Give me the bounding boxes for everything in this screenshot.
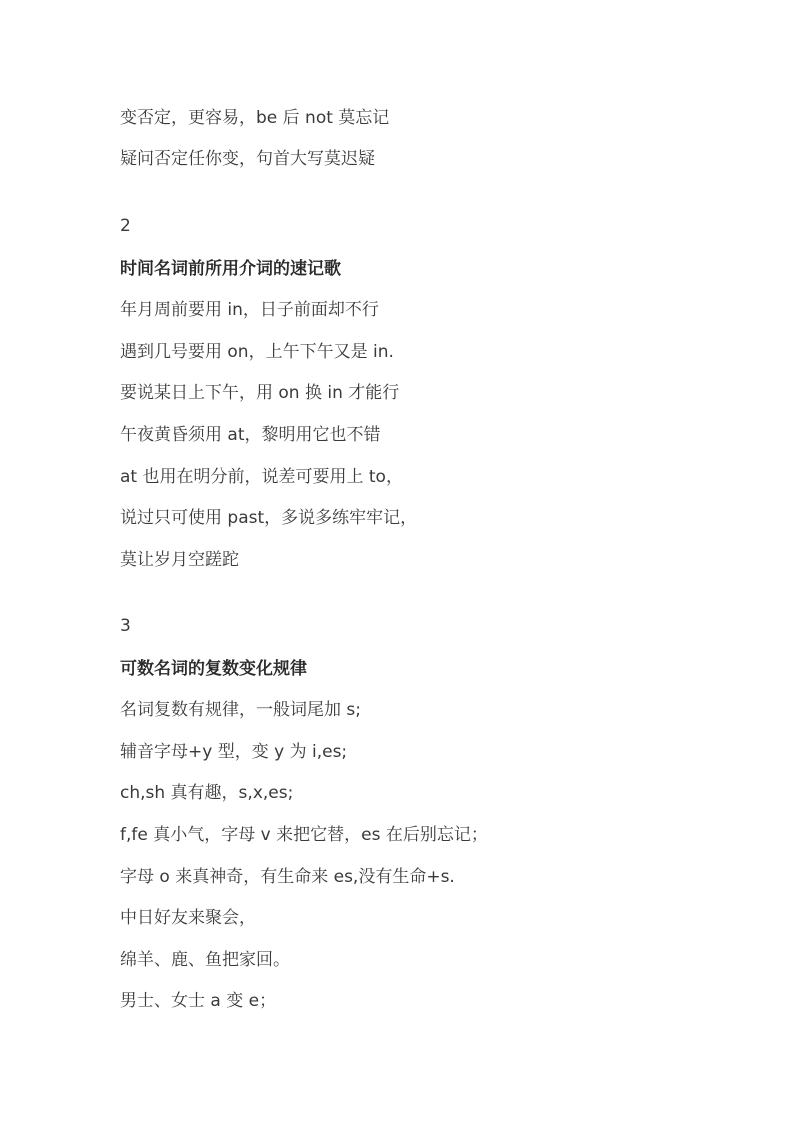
section-line: 名词复数有规律，一般词尾加 s;: [120, 699, 361, 721]
section-line: 午夜黄昏须用 at，黎明用它也不错: [120, 424, 381, 446]
section-number: 2: [120, 215, 131, 237]
intro-line: 疑问否定任你变，句首大写莫迟疑: [120, 148, 375, 170]
section-line: ch,sh 真有趣，s,x,es;: [120, 782, 293, 804]
section-number: 3: [120, 615, 131, 637]
section-line: 说过只可使用 past，多说多练牢牢记，: [120, 507, 417, 529]
section-line: 年月周前要用 in，日子前面却不行: [120, 299, 379, 321]
section-line: 要说某日上下午，用 on 换 in 才能行: [120, 382, 399, 404]
section-line: at 也用在明分前，说差可要用上 to，: [120, 466, 403, 488]
section-line: 绵羊、鹿、鱼把家回。: [120, 949, 290, 971]
section-line: 遇到几号要用 on，上午下午又是 in.: [120, 341, 394, 363]
section-line: 字母 o 来真神奇，有生命来 es,没有生命+s.: [120, 866, 455, 888]
section-line: f,fe 真小气，字母 v 来把它替，es 在后别忘记；: [120, 824, 488, 846]
section-line: 男士、女士 a 变 e；: [120, 990, 276, 1012]
section-title: 时间名词前所用介词的速记歌: [120, 258, 341, 280]
section-line: 莫让岁月空蹉跎: [120, 549, 239, 571]
section-line: 中日好友来聚会，: [120, 907, 256, 929]
intro-line: 变否定，更容易，be 后 not 莫忘记: [120, 107, 389, 129]
section-title: 可数名词的复数变化规律: [120, 658, 307, 680]
section-line: 辅音字母+y 型，变 y 为 i,es;: [120, 741, 347, 763]
